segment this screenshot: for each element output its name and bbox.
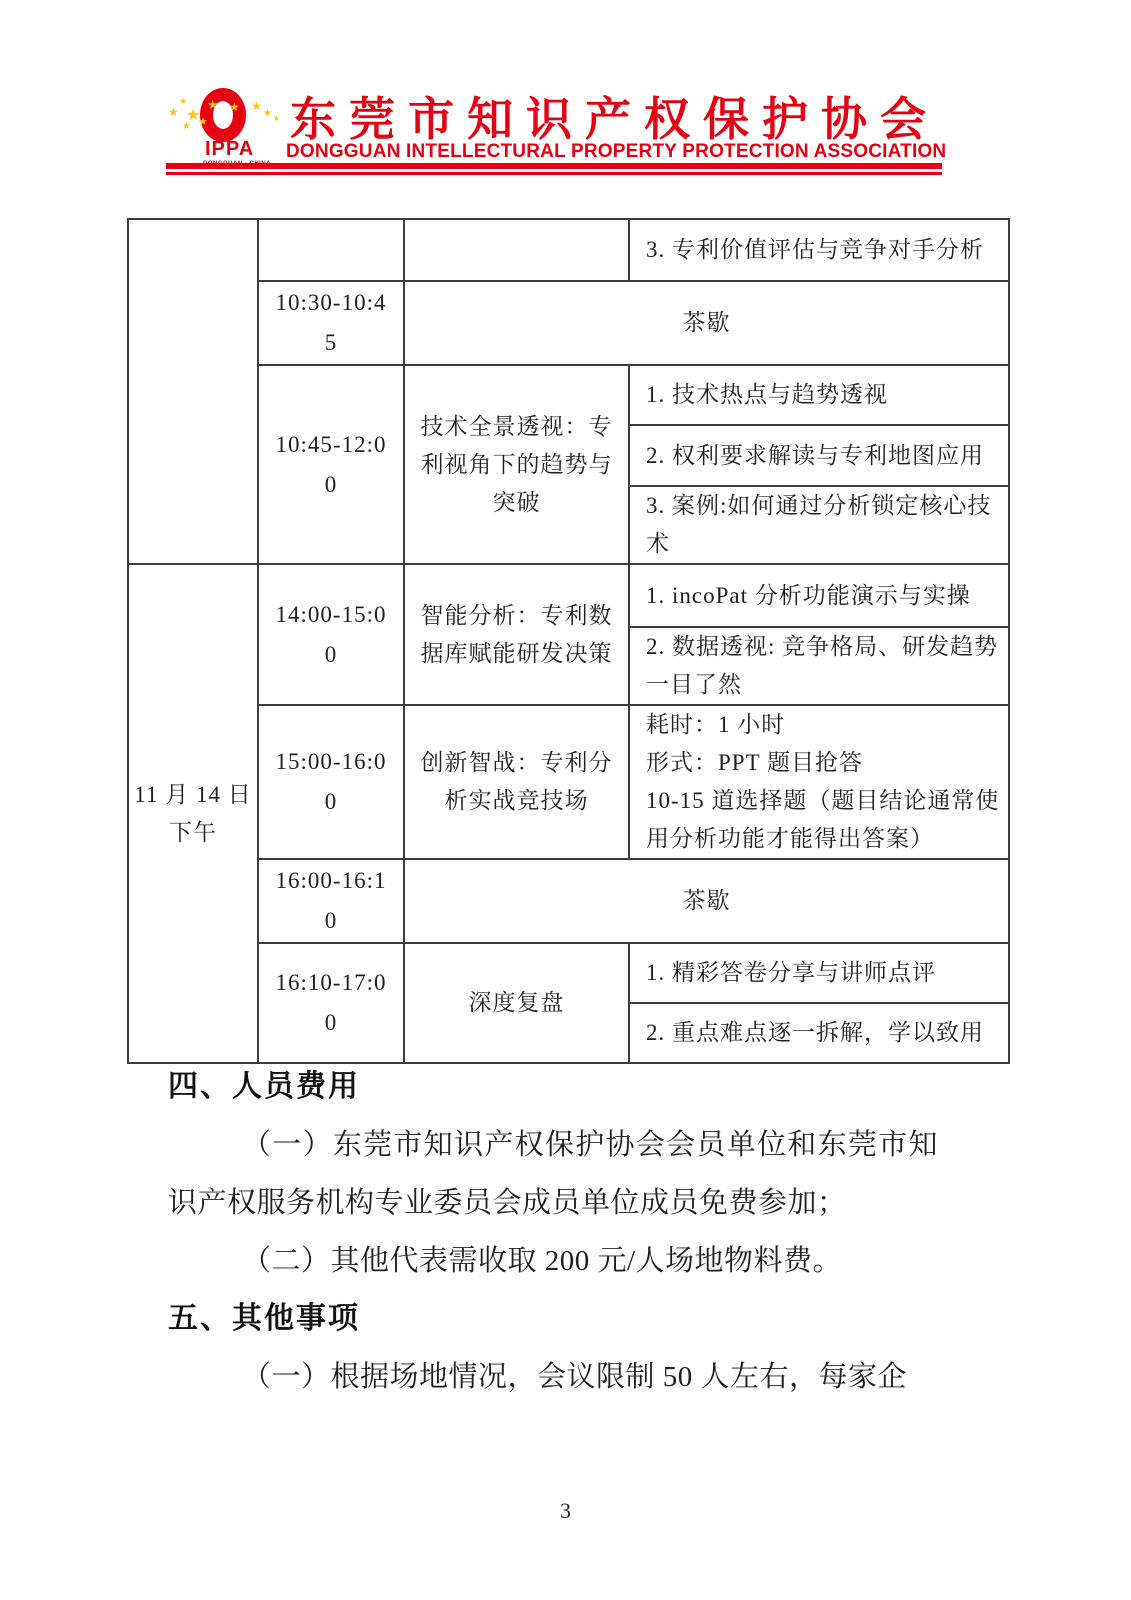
time-cell: 15:00-16:00 bbox=[258, 705, 404, 859]
agenda-item: 3. 案例:如何通过分析锁定核心技术 bbox=[629, 486, 1009, 564]
time-cell: 14:00-15:00 bbox=[258, 564, 404, 705]
topic-cell: 深度复盘 bbox=[404, 943, 629, 1063]
time-cell: 10:45-12:00 bbox=[258, 365, 404, 564]
agenda-item: 1. incoPat 分析功能演示与实操 bbox=[629, 564, 1009, 627]
topic-cell: 技术全景透视：专利视角下的趋势与突破 bbox=[404, 365, 629, 564]
agenda-item: 2. 重点难点逐一拆解，学以致用 bbox=[629, 1003, 1009, 1063]
star-icon: ★ bbox=[229, 101, 240, 113]
agenda-item: 2. 权利要求解读与专利地图应用 bbox=[629, 425, 1009, 486]
time-cell: 16:00-16:10 bbox=[258, 859, 404, 943]
star-icon: ★ bbox=[179, 97, 187, 106]
agenda-detail-cell: 耗时：1 小时 形式：PPT 题目抢答 10-15 道选择题（题目结论通常使用分… bbox=[629, 705, 1009, 859]
agenda-item: 2. 数据透视: 竞争格局、研发趋势一目了然 bbox=[629, 627, 1009, 705]
agenda-item: 1. 精彩答卷分享与讲师点评 bbox=[629, 943, 1009, 1003]
topic-cell: 智能分析：专利数据库赋能研发决策 bbox=[404, 564, 629, 705]
agenda-item: 3. 专利价值评估与竞争对手分析 bbox=[629, 219, 1009, 281]
page-number: 3 bbox=[0, 1498, 1131, 1524]
document-page: ★ ★ ★ ★ ★ ★ ★ ★ ★ ★ IPPA DONGGUAN - CHIN… bbox=[0, 0, 1131, 1600]
detail-line: 形式：PPT 题目抢答 bbox=[646, 744, 1002, 782]
header-rule-thick bbox=[166, 163, 942, 169]
star-icon: ★ bbox=[198, 117, 208, 128]
org-title-chinese: 东莞市知识产权保护协会 bbox=[290, 83, 939, 149]
star-icon: ★ bbox=[207, 98, 219, 111]
tea-break-cell: 茶歇 bbox=[404, 281, 1009, 365]
tea-break-cell: 茶歇 bbox=[404, 859, 1009, 943]
document-body: 四、人员费用 （一）东莞市知识产权保护协会会员单位和东莞市知识产权服务机构专业委… bbox=[168, 1058, 938, 1406]
logo-ippa-label: IPPA bbox=[205, 138, 254, 161]
date-cell: 11 月 14 日 下午 bbox=[128, 564, 258, 1063]
detail-line: 10-15 道选择题（题目结论通常使用分析功能才能得出答案） bbox=[646, 782, 1002, 858]
association-logo: ★ ★ ★ ★ ★ ★ ★ ★ ★ ★ IPPA DONGGUAN - CHIN… bbox=[165, 80, 290, 175]
period-label: 下午 bbox=[130, 814, 256, 852]
section4-paragraph2: （二）其他代表需收取 200 元/人场地物料费。 bbox=[168, 1232, 938, 1290]
star-icon: ★ bbox=[263, 109, 272, 119]
topic-cell: 创新智战：专利分析实战竞技场 bbox=[404, 705, 629, 859]
section4-heading: 四、人员费用 bbox=[168, 1058, 938, 1116]
time-cell: 16:10-17:00 bbox=[258, 943, 404, 1063]
section5-paragraph1: （一）根据场地情况，会议限制 50 人左右，每家企 bbox=[168, 1348, 938, 1406]
org-title-english: DONGGUAN INTELLECTURAL PROPERTY PROTECTI… bbox=[286, 141, 946, 163]
topic-cell-empty bbox=[404, 219, 629, 281]
schedule-table: 3. 专利价值评估与竞争对手分析 10:30-10:45 茶歇 10:45-12… bbox=[127, 218, 1010, 1064]
detail-line: 耗时：1 小时 bbox=[646, 706, 1002, 744]
section4-paragraph1: （一）东莞市知识产权保护协会会员单位和东莞市知识产权服务机构专业委员会成员单位成… bbox=[168, 1116, 938, 1232]
header-rule-thin bbox=[166, 172, 942, 175]
star-icon: ★ bbox=[182, 122, 191, 132]
star-icon: ★ bbox=[168, 106, 179, 118]
time-cell-empty bbox=[258, 219, 404, 281]
agenda-item: 1. 技术热点与趋势透视 bbox=[629, 365, 1009, 425]
star-icon: ★ bbox=[251, 100, 262, 112]
time-cell: 10:30-10:45 bbox=[258, 281, 404, 365]
date-cell-empty bbox=[128, 219, 258, 564]
date-label: 11 月 14 日 bbox=[130, 776, 256, 814]
star-icon: ★ bbox=[273, 115, 280, 123]
section5-heading: 五、其他事项 bbox=[168, 1290, 938, 1348]
